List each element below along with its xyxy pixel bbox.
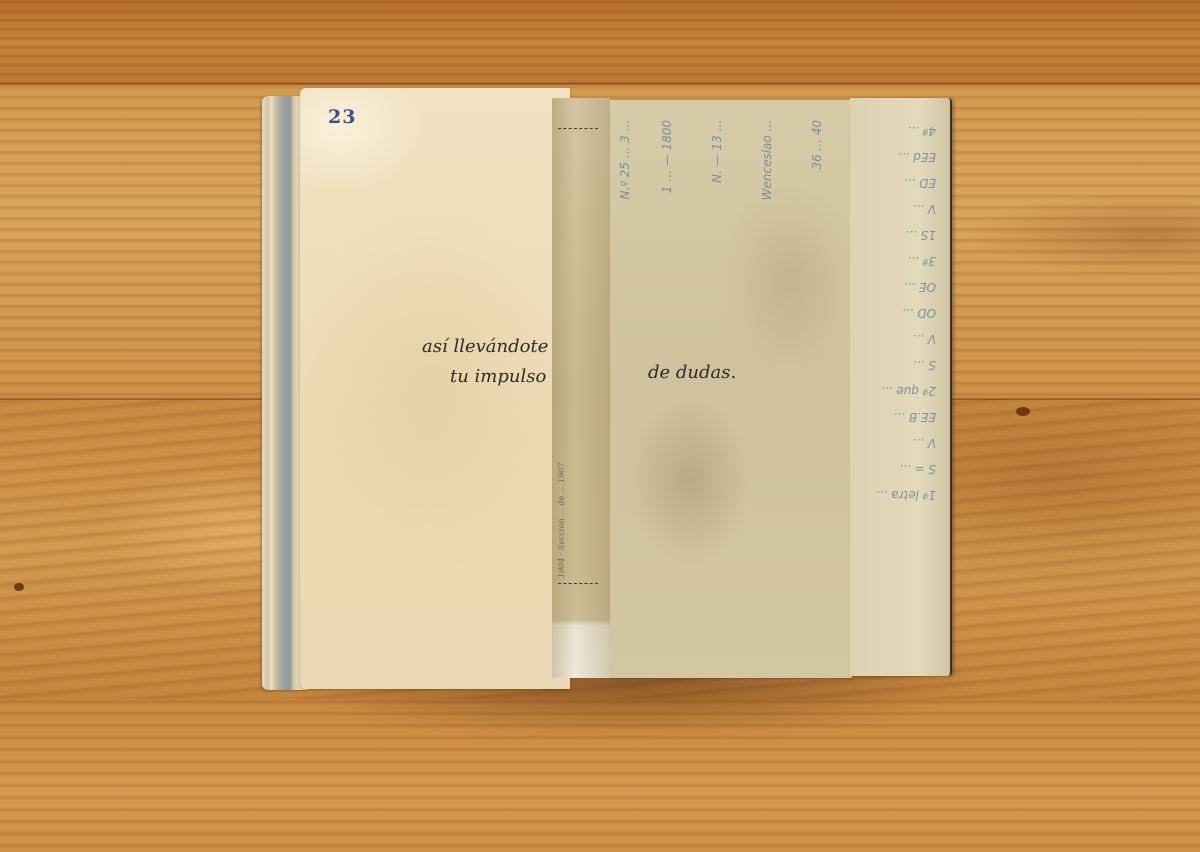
note-line: 2ª que ... xyxy=(856,378,936,404)
back-page: 1ª letra ... S = ... V ... EE.B ... 2ª q… xyxy=(850,98,952,676)
back-page-notes: 1ª letra ... S = ... V ... EE.B ... 2ª q… xyxy=(856,118,936,508)
note-line: 1S ... xyxy=(856,222,936,248)
right-page: N.º 25 ... 3 ... 1 ... — 1800 N. — 13 ..… xyxy=(610,100,852,678)
note-line: ED ... xyxy=(856,170,936,196)
note-line: S = ... xyxy=(856,456,936,482)
pencil-column: 36 ... 40 xyxy=(810,120,824,170)
floor-plank xyxy=(0,0,1200,84)
handwriting-line-3: de dudas. xyxy=(648,362,736,383)
wood-knot xyxy=(14,583,24,591)
wood-knot xyxy=(1016,407,1030,416)
strip-text: 1904 · Sección ... de ... 1907 xyxy=(556,138,598,578)
dashed-rule xyxy=(558,128,598,129)
pencil-column: N.º 25 ... 3 ... xyxy=(618,120,632,200)
handwriting-line-2: tu impulso xyxy=(450,366,546,387)
note-line: 4ª ... xyxy=(856,118,936,144)
note-line: V ... xyxy=(856,430,936,456)
pencil-column: N. — 13 ... xyxy=(710,120,724,183)
note-line: V ... xyxy=(856,326,936,352)
note-line: S ... xyxy=(856,352,936,378)
dashed-rule xyxy=(558,583,598,584)
notebook: 23 1904 · Sección ... de ... 1907 N.º 25… xyxy=(262,88,958,691)
page-number: 23 xyxy=(328,106,356,128)
note-line: EE.B ... xyxy=(856,404,936,430)
note-line: OD ... xyxy=(856,300,936,326)
left-page: 23 xyxy=(300,88,570,689)
plank-seam xyxy=(0,83,1200,85)
pencil-column: Wenceslao ... xyxy=(760,120,774,200)
handwriting-line-1: así llevándote xyxy=(422,336,548,357)
note-line: EEd ... xyxy=(856,144,936,170)
note-line: V ... xyxy=(856,196,936,222)
note-line: OE ... xyxy=(856,274,936,300)
note-line: 1ª letra ... xyxy=(856,482,936,508)
note-line: 3ª ... xyxy=(856,248,936,274)
pasted-strip: 1904 · Sección ... de ... 1907 xyxy=(552,98,610,678)
pencil-column: 1 ... — 1800 xyxy=(660,120,674,193)
